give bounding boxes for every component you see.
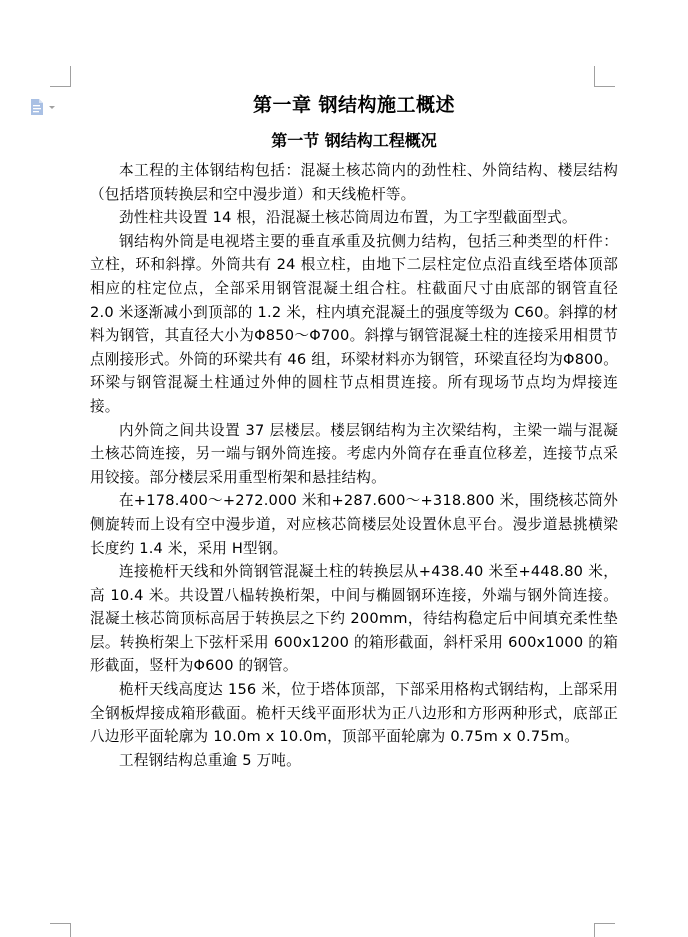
document-icon — [31, 99, 43, 115]
margin-corner-bottom-left — [50, 923, 71, 937]
paragraph-skywalk: 在+178.400～+272.000 米和+287.600～+318.800 米… — [90, 489, 618, 560]
paragraph-transfer-level: 连接桅杆天线和外筒钢管混凝土柱的转换层从+438.40 米至+448.80 米，… — [90, 560, 618, 678]
paragraph-outer-tube: 钢结构外筒是电视塔主要的垂直承重及抗侧力结构，包括三种类型的杆件：立柱，环和斜撑… — [90, 230, 618, 419]
paragraph-scope: 本工程的主体钢结构包括：混凝土核芯筒内的劲性柱、外筒结构、楼层结构（包括塔顶转换… — [90, 159, 618, 206]
paragraph-total-weight: 工程钢结构总重逾 5 万吨。 — [90, 749, 618, 773]
margin-corner-top-left — [50, 66, 71, 87]
margin-corner-bottom-right — [594, 923, 615, 937]
paragraph-floors: 内外筒之间共设置 37 层楼层。楼层钢结构为主次梁结构，主梁一端与混凝土核芯筒连… — [90, 419, 618, 490]
section-title: 第一节 钢结构工程概况 — [90, 129, 618, 153]
margin-corner-top-right — [594, 66, 615, 87]
chapter-title: 第一章 钢结构施工概述 — [90, 90, 618, 120]
paragraph-stiff-columns: 劲性柱共设置 14 根，沿混凝土核芯筒周边布置，为工字型截面型式。 — [90, 206, 618, 230]
paragraph-antenna-mast: 桅杆天线高度达 156 米，位于塔体顶部，下部采用格构式钢结构，上部采用全钢板焊… — [90, 678, 618, 749]
document-page: 第一章 钢结构施工概述 第一节 钢结构工程概况 本工程的主体钢结构包括：混凝土核… — [90, 90, 618, 772]
chevron-down-icon — [49, 106, 55, 109]
paragraph-options-button[interactable] — [31, 99, 61, 115]
